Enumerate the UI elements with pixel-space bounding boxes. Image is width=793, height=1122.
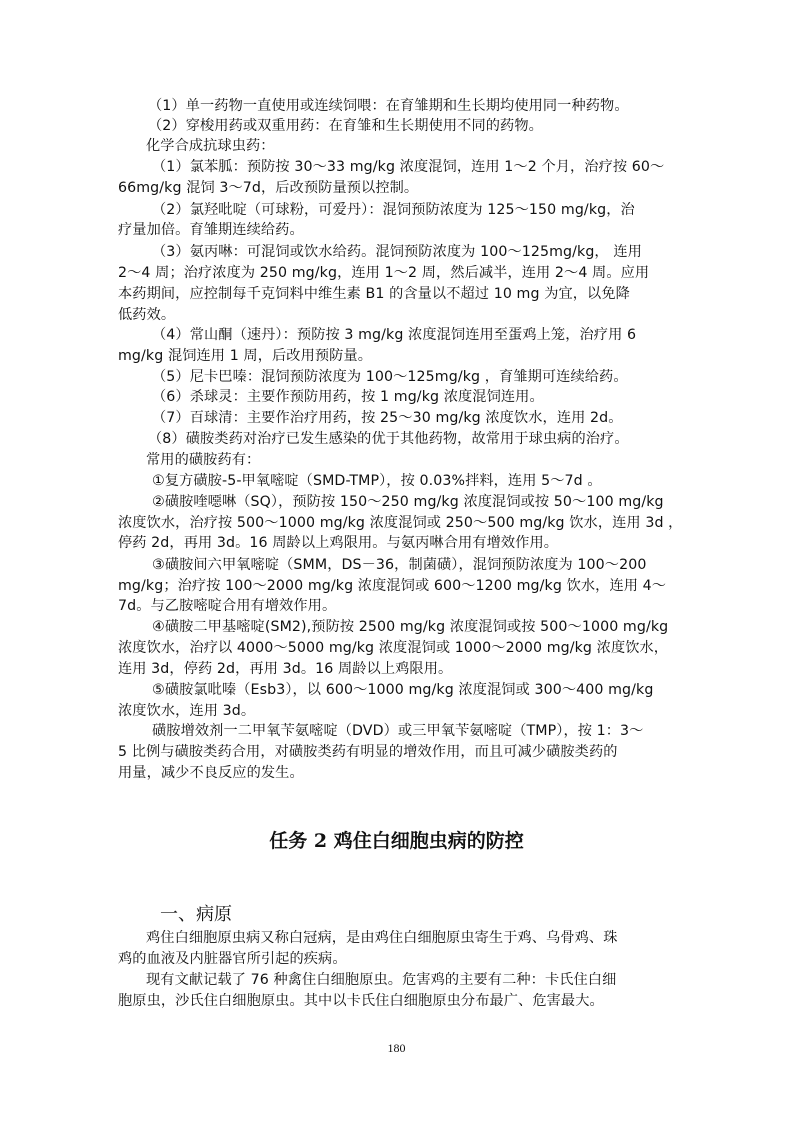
text-line: 5 比例与磺胺类药合用，对磺胺类药有明显的增效作用，而且可减少磺胺类药的 <box>118 742 676 762</box>
text-line: 66mg/kg 混饲 3～7d，后改预防量预以控制。 <box>118 178 676 198</box>
text-line: 鸡的血液及内脏器官所引起的疾病。 <box>118 949 676 969</box>
subsection-heading: 一、病原 <box>160 903 232 927</box>
text-line: ①复方磺胺-5-甲氧嘧啶（SMD-TMP），按 0.03%拌料，连用 5～7d … <box>118 471 710 491</box>
text-line: （2）氯羟吡啶（可球粉，可爱丹）：混饲预防浓度为 125～150 mg/kg，治 <box>118 200 710 220</box>
text-line: （4）常山酮（速丹）：预防按 3 mg/kg 浓度混饲连用至蛋鸡上笼，治疗用 6 <box>118 325 710 345</box>
text-line: ③磺胺间六甲氧嘧啶（SMM，DS－36，制菌磺），混饲预防浓度为 100～200 <box>118 555 710 575</box>
text-line: 7d。与乙胺嘧啶合用有增效作用。 <box>118 596 676 616</box>
text-line: 化学合成抗球虫药： <box>118 136 704 156</box>
text-line: 本药期间，应控制每千克饲料中维生素 B1 的含量以不超过 10 mg 为宜，以免… <box>118 284 676 304</box>
text-line: （7）百球清：主要作治疗用药，按 25～30 mg/kg 浓度饮水，连用 2d。 <box>118 408 710 428</box>
text-line: 停药 2d，再用 3d。16 周龄以上鸡限用。与氨丙啉合用有增效作用。 <box>118 533 676 553</box>
text-line: 浓度饮水，连用 3d。 <box>118 701 676 721</box>
text-line: ④磺胺二甲基嘧啶(SM2),预防按 2500 mg/kg 浓度混饲或按 500～… <box>118 617 710 637</box>
text-line: ②磺胺喹噁啉（SQ），预防按 150～250 mg/kg 浓度混饲或按 50～1… <box>118 492 710 512</box>
text-line: 鸡住白细胞原虫病又称白冠病，是由鸡住白细胞原虫寄生于鸡、乌骨鸡、珠 <box>118 928 704 948</box>
text-line: （3）氨丙啉：可混饲或饮水给药。混饲预防浓度为 100～125mg/kg， 连用 <box>118 242 710 262</box>
text-line: 磺胺增效剂一二甲氧苄氨嘧啶（DVD）或三甲氧苄氨嘧啶（TMP），按 1：3～ <box>118 721 710 741</box>
section-title: 任务 2 鸡住白细胞虫病的防控 <box>0 826 793 853</box>
text-line: 低药效。 <box>118 305 676 325</box>
text-line: 浓度饮水，治疗按 500～1000 mg/kg 浓度混饲或 250～500 mg… <box>118 513 676 533</box>
text-line: 胞原虫，沙氏住白细胞原虫。其中以卡氏住白细胞原虫分布最广、危害最大。 <box>118 991 676 1011</box>
text-line: （8）磺胺类药对治疗已发生感染的优于其他药物，故常用于球虫病的治疗。 <box>118 429 706 449</box>
text-line: （1）单一药物一直使用或连续饲喂：在育雏期和生长期均使用同一种药物。 <box>118 96 706 116</box>
text-line: 2～4 周；治疗浓度为 250 mg/kg，连用 1～2 周，然后减半，连用 2… <box>118 263 676 283</box>
text-line: 现有文献记载了 76 种禽住白细胞原虫。危害鸡的主要有二种：卡氏住白细 <box>118 970 704 990</box>
text-line: 疗量加倍。育雏期连续给药。 <box>118 220 676 240</box>
text-line: （2）穿梭用药或双重用药：在育雏和生长期使用不同的药物。 <box>118 116 706 136</box>
text-line: （6）杀球灵：主要作预防用药，按 1 mg/kg 浓度混饲连用。 <box>118 387 710 407</box>
text-line: 用量，减少不良反应的发生。 <box>118 763 676 783</box>
text-line: ⑤磺胺氯吡嗪（Esb3），以 600～1000 mg/kg 浓度混饲或 300～… <box>118 680 710 700</box>
text-line: （5）尼卡巴嗪：混饲预防浓度为 100～125mg/kg ，育雏期可连续给药。 <box>118 367 710 387</box>
page-number: 180 <box>0 1041 793 1056</box>
text-line: 连用 3d，停药 2d，再用 3d。16 周龄以上鸡限用。 <box>118 659 676 679</box>
text-line: （1）氯苯胍：预防按 30～33 mg/kg 浓度混饲，连用 1～2 个月，治疗… <box>118 157 710 177</box>
text-line: 常用的磺胺药有： <box>118 450 704 470</box>
text-line: mg/kg；治疗按 100～2000 mg/kg 浓度混饲或 600～1200 … <box>118 576 676 596</box>
text-line: 浓度饮水，治疗以 4000～5000 mg/kg 浓度混饲或 1000～2000… <box>118 638 676 658</box>
text-line: mg/kg 混饲连用 1 周，后改用预防量。 <box>118 346 676 366</box>
